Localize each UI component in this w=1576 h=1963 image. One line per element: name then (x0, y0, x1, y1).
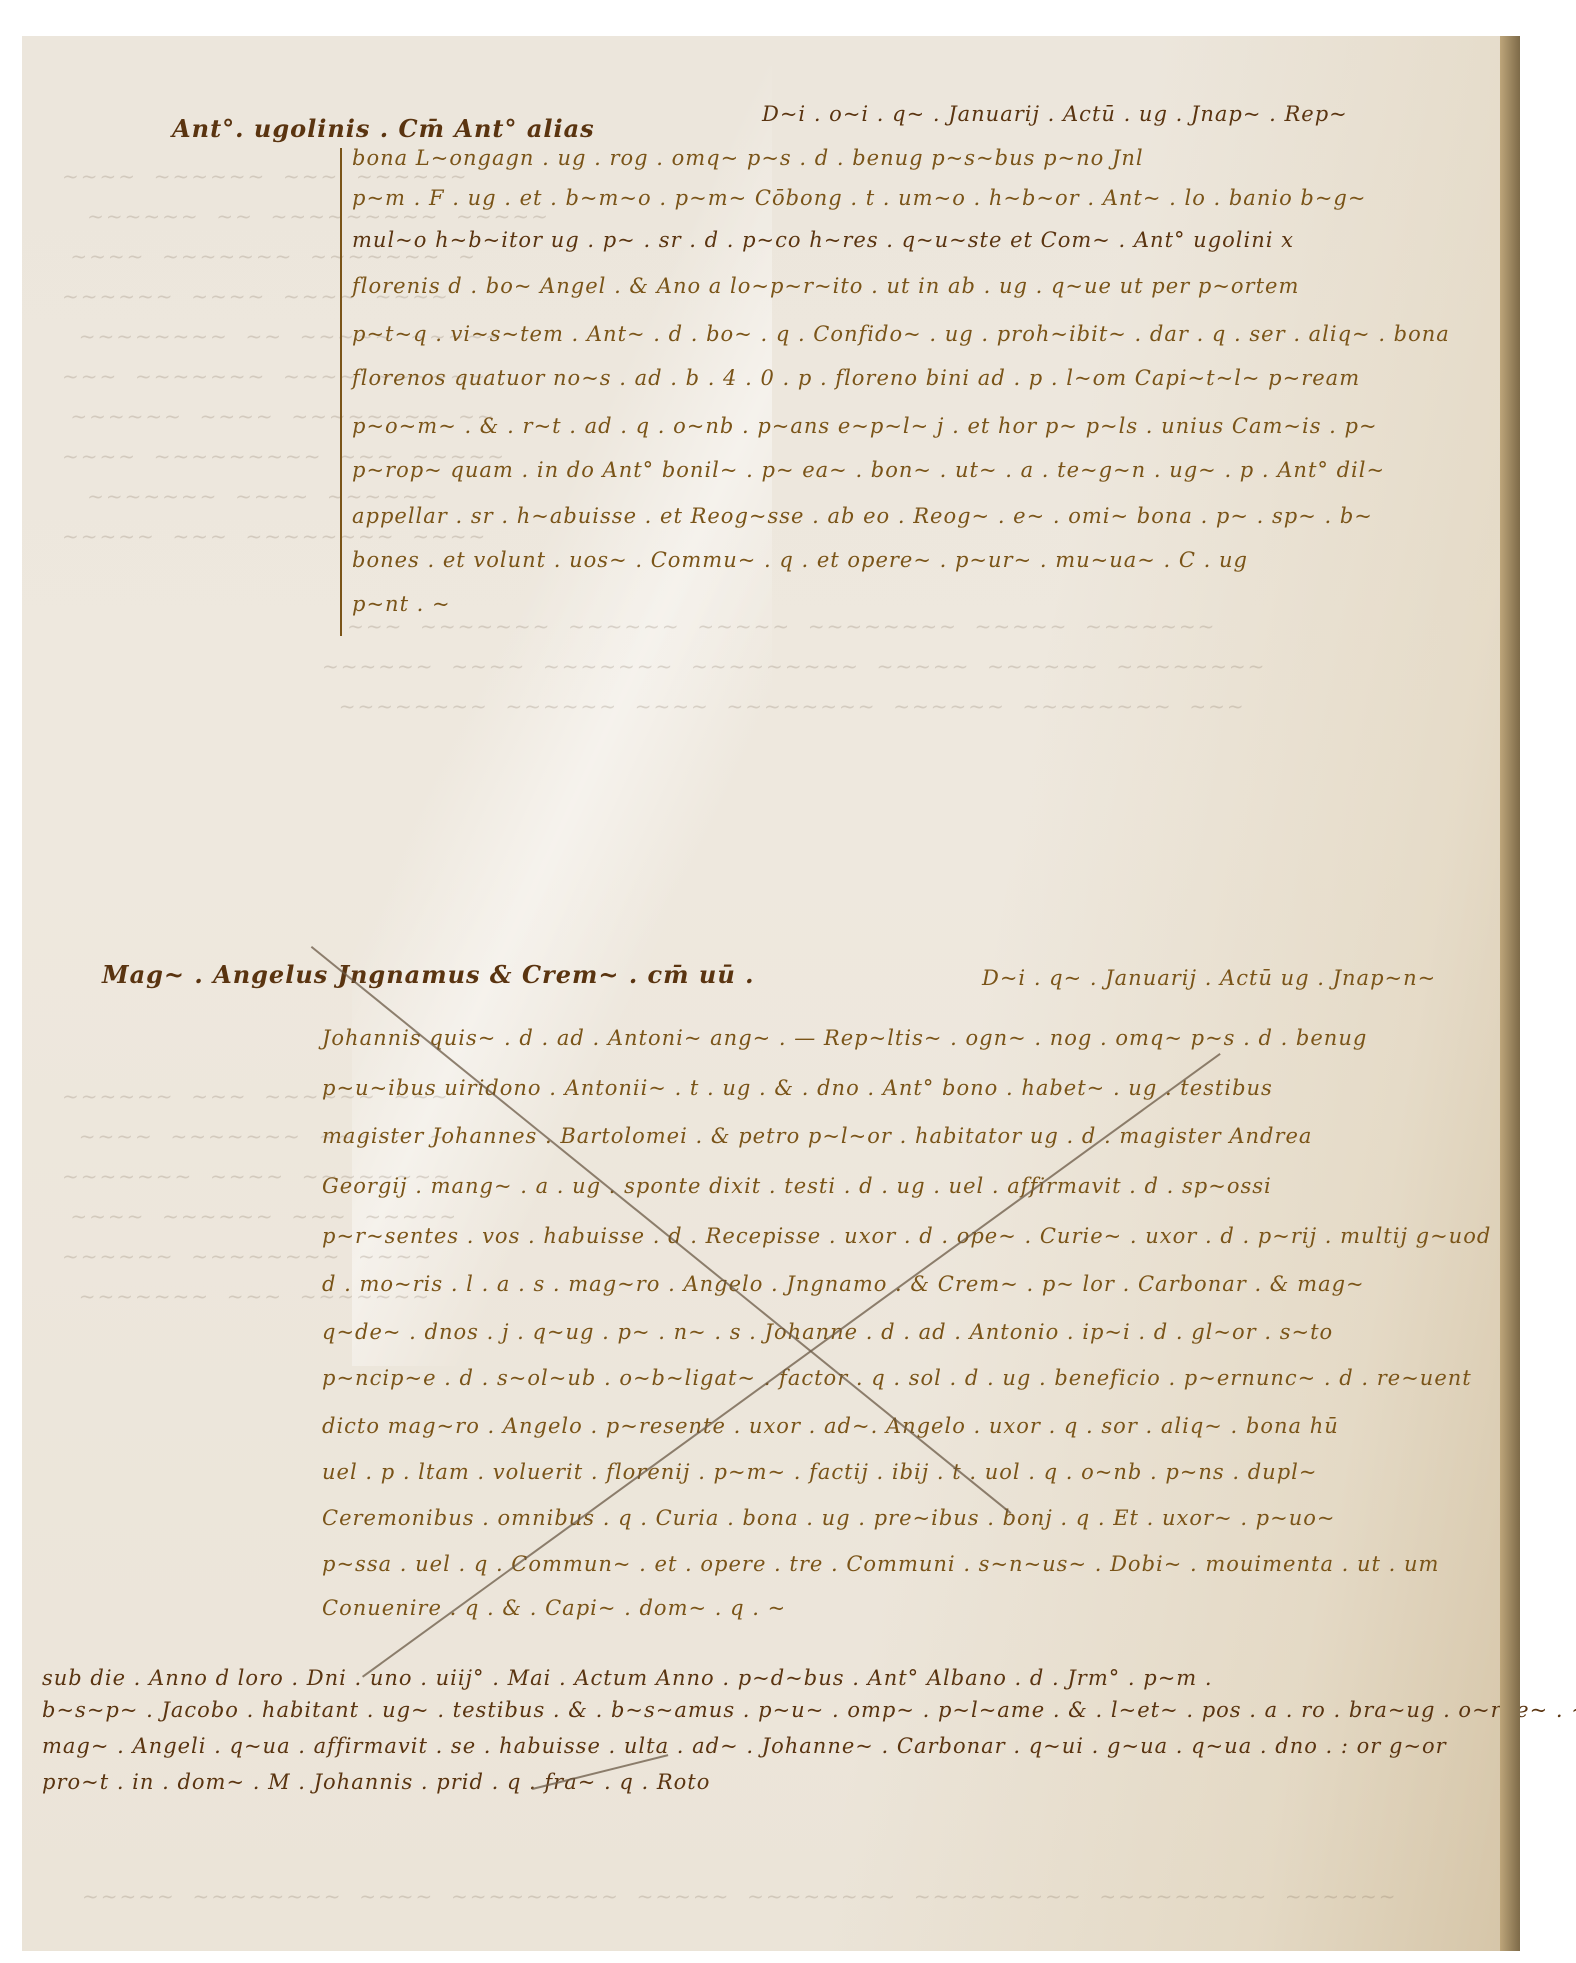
entry-1-line: florenos quatuor no~s . ad . b . 4 . 0 .… (352, 366, 1360, 390)
entry-2-line: p~ncip~e . d . s~ol~ub . o~b~ligat~ . fa… (322, 1366, 1472, 1390)
entry-3-line: b~s~p~ . Jacobo . habitant . ug~ . testi… (42, 1698, 1576, 1722)
entry-2-line: p~u~ibus uiridono . Antonii~ . t . ug . … (322, 1076, 1273, 1100)
entry-1-line: p~t~q . vi~s~tem . Ant~ . d . bo~ . q . … (352, 322, 1450, 346)
entry-1-line: appellar . sr . h~abuisse . et Reog~sse … (352, 504, 1373, 528)
entry-2-line: Ceremonibus . omnibus . q . Curia . bona… (322, 1506, 1336, 1530)
entry-1-line: mul~o h~b~itor ug . p~ . sr . d . p~co h… (352, 228, 1294, 252)
entry-1-heading: Ant°. ugolinis . Cm̄ Ant° alias (172, 114, 595, 143)
entry-2-line: Conuenire . q . & . Capi~ . dom~ . q . ~ (322, 1596, 786, 1620)
entry-3-line: pro~t . in . dom~ . M . Johannis . prid … (42, 1770, 710, 1794)
entry-2-line: Johannis quis~ . d . ad . Antoni~ ang~ .… (322, 1026, 1367, 1050)
entry-2-line: d . mo~ris . l . a . s . mag~ro . Angelo… (322, 1272, 1365, 1296)
entry-2-heading: Mag~ . Angelus Jngnamus & Crem~ . cm̄ uū… (102, 960, 755, 989)
entry-2-line: magister Johannes . Bartolomei . & petro… (322, 1124, 1312, 1148)
entry-1-line: bones . et volunt . uos~ . Commu~ . q . … (352, 548, 1248, 572)
entry-2-line: p~r~sentes . vos . habuisse . d . Recepi… (322, 1224, 1491, 1248)
entry-1-line: p~o~m~ . & . r~t . ad . q . o~nb . p~ans… (352, 414, 1378, 438)
entry-1-margin-bracket (340, 148, 342, 636)
entry-2-line: uel . p . ltam . voluerit . florenij . p… (322, 1460, 1317, 1484)
entry-2-line: q~de~ . dnos . j . q~ug . p~ . n~ . s . … (322, 1320, 1333, 1344)
show-through-text: ~~~~~ ~~~~~~~~ ~~~~ ~~~~~~~~~ ~~~~~ ~~~~… (82, 1836, 1397, 1916)
entry-2-line: p~ssa . uel . q . Commun~ . et . opere .… (322, 1552, 1439, 1576)
entry-1-line: bona L~ongagn . ug . rog . omq~ p~s . d … (352, 146, 1144, 170)
entry-1-line: florenis d . bo~ Angel . & Ano a lo~p~r~… (352, 274, 1299, 298)
entry-2-line: Georgij . mang~ . a . ug . sponte dixit … (322, 1174, 1272, 1198)
show-through-text: ~~~ ~~~~~~~ ~~~~~~ ~~~~~ ~~~~~~~~ ~~~~~ … (322, 566, 1266, 726)
page-edge (1500, 36, 1520, 1951)
entry-1-line: p~nt . ~ (352, 592, 451, 616)
entry-1-line: D~i . o~i . q~ . Januarij . Actū . ug . … (762, 102, 1348, 126)
entry-3-line: mag~ . Angeli . q~ua . affirmavit . se .… (42, 1734, 1447, 1758)
entry-1-line: p~rop~ quam . in do Ant° bonil~ . p~ ea~… (352, 458, 1385, 482)
entry-2-line: dicto mag~ro . Angelo . p~resente . uxor… (322, 1414, 1339, 1438)
manuscript-page: ~~~~ ~~~~~~ ~~~ ~~~~~~ ~~~~~~ ~~ ~~~~~~~… (22, 36, 1510, 1951)
entry-1-line: p~m . F . ug . et . b~m~o . p~m~ Cōbong … (352, 186, 1366, 210)
entry-2-line: D~i . q~ . Januarij . Actū ug . Jnap~n~ (982, 966, 1436, 990)
entry-3-line: sub die . Anno d loro . Dni . uno . uiij… (42, 1666, 1213, 1690)
